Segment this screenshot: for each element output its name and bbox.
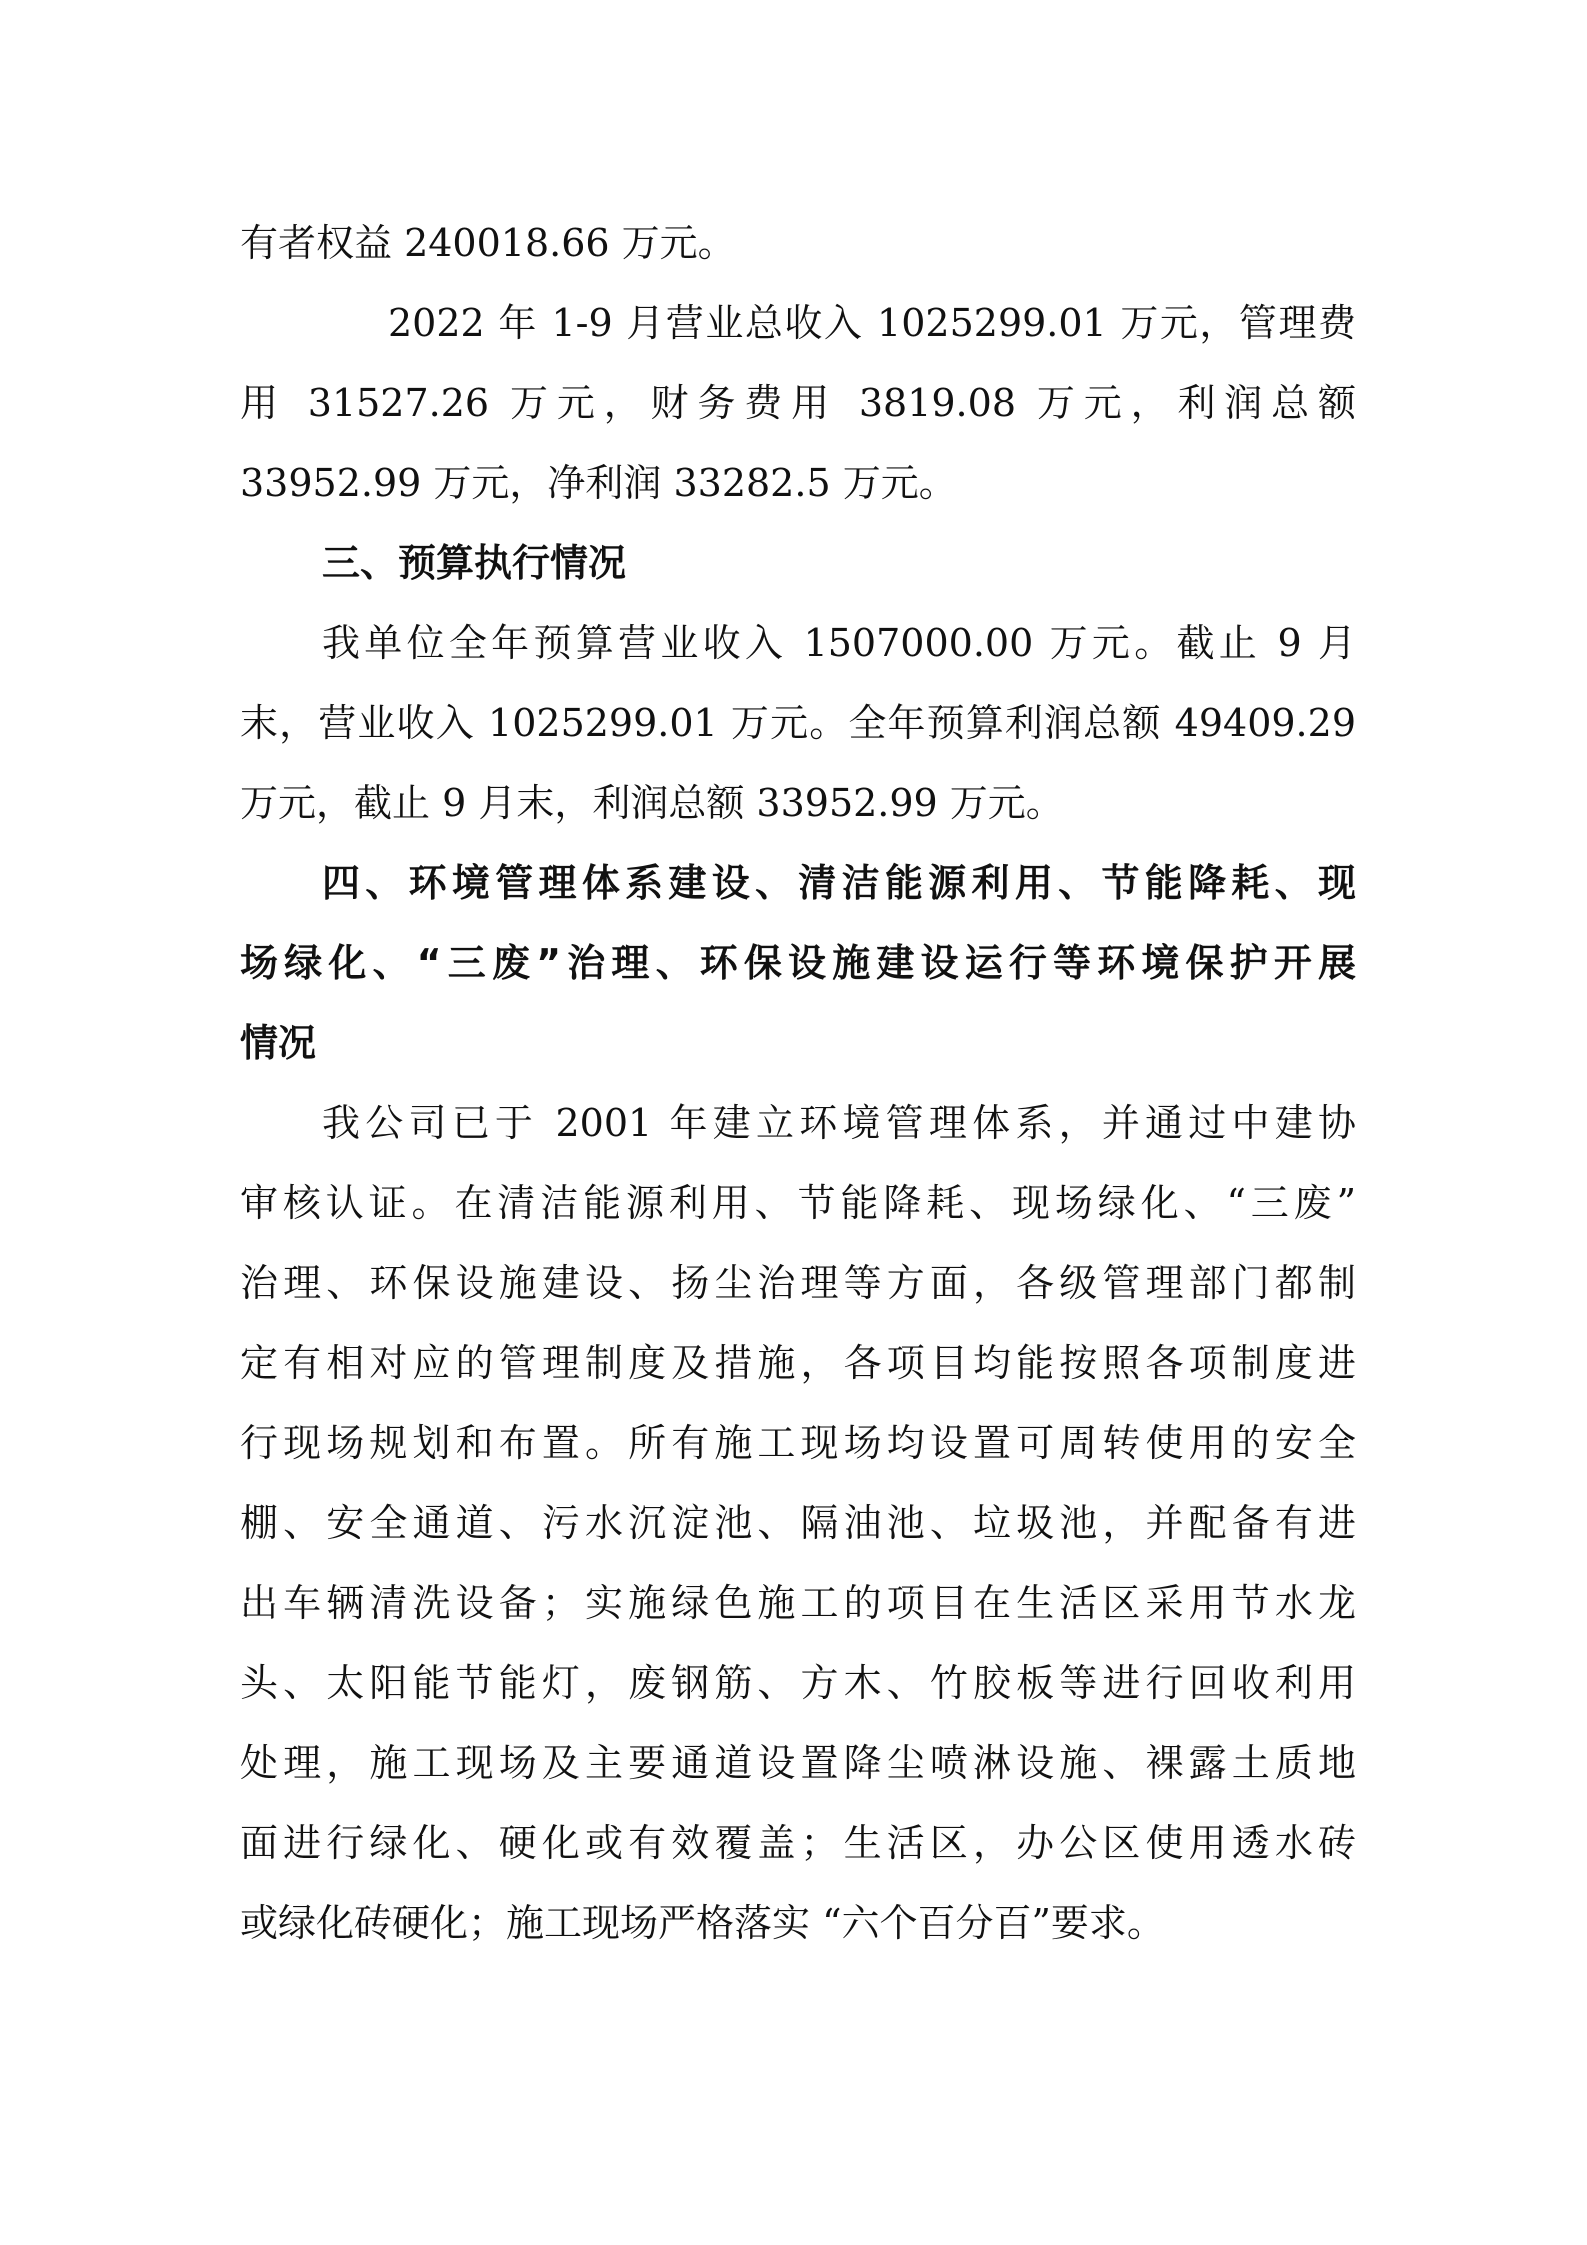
paragraph-line: 处理，施工现场及主要通道设置降尘喷淋设施、裸露土质地	[240, 1735, 1356, 1791]
paragraph-line: 我单位全年预算营业收入 1507000.00 万元。截止 9 月	[322, 615, 1356, 671]
paragraph-line: 头、太阳能节能灯，废钢筋、方木、竹胶板等进行回收利用	[240, 1655, 1356, 1711]
paragraph-line: 用 31527.26 万元，财务费用 3819.08 万元，利润总额	[240, 375, 1356, 431]
paragraph-line: 万元，截止 9 月末，利润总额 33952.99 万元。	[240, 775, 1356, 831]
paragraph-line: 我公司已于 2001 年建立环境管理体系，并通过中建协	[322, 1095, 1356, 1151]
paragraph-line: 棚、安全通道、污水沉淀池、隔油池、垃圾池，并配备有进	[240, 1495, 1356, 1551]
paragraph-line: 33952.99 万元，净利润 33282.5 万元。	[240, 455, 1356, 511]
paragraph-line: 2022 年 1-9 月营业总收入 1025299.01 万元，管理费	[388, 295, 1356, 351]
section-heading: 情况	[240, 1015, 1356, 1071]
document-page: 有者权益 240018.66 万元。 2022 年 1-9 月营业总收入 102…	[0, 0, 1587, 2245]
paragraph-line: 出车辆清洗设备；实施绿色施工的项目在生活区采用节水龙	[240, 1575, 1356, 1631]
section-heading: 三、预算执行情况	[322, 535, 1438, 591]
section-heading: 四、环境管理体系建设、清洁能源利用、节能降耗、现	[322, 855, 1356, 911]
paragraph-line: 行现场规划和布置。所有施工现场均设置可周转使用的安全	[240, 1415, 1356, 1471]
paragraph-line: 末，营业收入 1025299.01 万元。全年预算利润总额 49409.29	[240, 695, 1356, 751]
paragraph-line: 有者权益 240018.66 万元。	[240, 215, 1356, 271]
paragraph-line: 定有相对应的管理制度及措施，各项目均能按照各项制度进	[240, 1335, 1356, 1391]
paragraph-line: 治理、环保设施建设、扬尘治理等方面，各级管理部门都制	[240, 1255, 1356, 1311]
paragraph-line: 面进行绿化、硬化或有效覆盖；生活区，办公区使用透水砖	[240, 1815, 1356, 1871]
paragraph-line: 或绿化砖硬化；施工现场严格落实 “六个百分百”要求。	[240, 1895, 1356, 1951]
paragraph-line: 审核认证。在清洁能源利用、节能降耗、现场绿化、“三废”	[240, 1175, 1356, 1231]
section-heading: 场绿化、“三废”治理、环保设施建设运行等环境保护开展	[240, 935, 1356, 991]
